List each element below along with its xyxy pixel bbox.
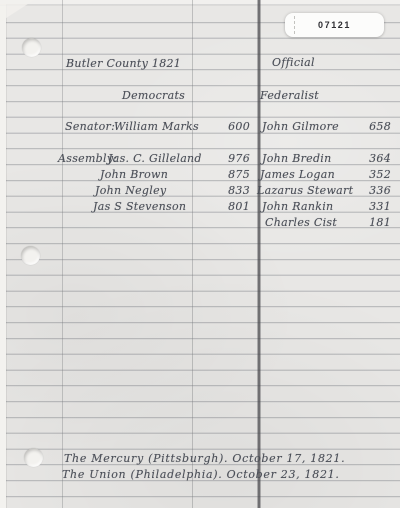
- sticker-perforation: [294, 16, 295, 34]
- assembly-democrat-votes: 833: [204, 184, 250, 198]
- senator-democrat-votes: 600: [204, 120, 250, 134]
- party-header-democrats: Democrats: [122, 89, 185, 103]
- fold-crease-middle: [192, 0, 193, 508]
- document-title: Butler County 1821: [66, 57, 181, 71]
- senator-office-label: Senator:: [65, 120, 115, 134]
- assembly-democrat-name: John Negley: [95, 184, 166, 198]
- binder-hole-top: [22, 38, 41, 57]
- assembly-democrat-name: Jas S Stevenson: [93, 200, 186, 214]
- assembly-federalist-votes: 181: [345, 216, 391, 230]
- fold-crease-center-dark: [257, 0, 261, 508]
- assembly-democrat-votes: 801: [204, 200, 250, 214]
- scanned-notebook-page: 07121 Butler County 1821 Official Democr…: [0, 0, 400, 508]
- assembly-democrat-name: Jas. C. Gilleland: [108, 152, 202, 166]
- source-citation: The Mercury (Pittsburgh). October 17, 18…: [64, 452, 345, 466]
- rule-lines: [0, 0, 400, 508]
- binder-hole-middle: [21, 246, 40, 265]
- catalog-number-sticker: 07121: [285, 13, 384, 37]
- binder-hole-bottom: [24, 448, 43, 467]
- fold-crease-left: [62, 0, 63, 508]
- senator-federalist-votes: 658: [345, 120, 391, 134]
- status-label: Official: [272, 56, 315, 70]
- assembly-democrat-votes: 976: [204, 152, 250, 166]
- assembly-federalist-votes: 364: [345, 152, 391, 166]
- assembly-democrat-votes: 875: [204, 168, 250, 182]
- assembly-federalist-name: Lazarus Stewart: [257, 184, 353, 198]
- assembly-federalist-votes: 331: [345, 200, 391, 214]
- assembly-federalist-name: Charles Cist: [265, 216, 337, 230]
- paper-top-edge: [0, 0, 400, 7]
- assembly-federalist-name: James Logan: [260, 168, 335, 182]
- assembly-federalist-name: John Rankin: [262, 200, 333, 214]
- senator-democrat-name: William Marks: [114, 120, 199, 134]
- source-citation: The Union (Philadelphia). October 23, 18…: [62, 468, 340, 482]
- assembly-democrat-name: John Brown: [100, 168, 168, 182]
- senator-federalist-name: John Gilmore: [262, 120, 339, 134]
- assembly-democrat-votes: [204, 216, 250, 230]
- assembly-federalist-votes: 336: [345, 184, 391, 198]
- assembly-federalist-votes: 352: [345, 168, 391, 182]
- catalog-number: 07121: [318, 20, 351, 30]
- paper-left-edge: [0, 0, 8, 508]
- paper-corner: [0, 0, 34, 22]
- party-header-federalists: Federalist: [260, 89, 319, 103]
- assembly-federalist-name: John Bredin: [262, 152, 332, 166]
